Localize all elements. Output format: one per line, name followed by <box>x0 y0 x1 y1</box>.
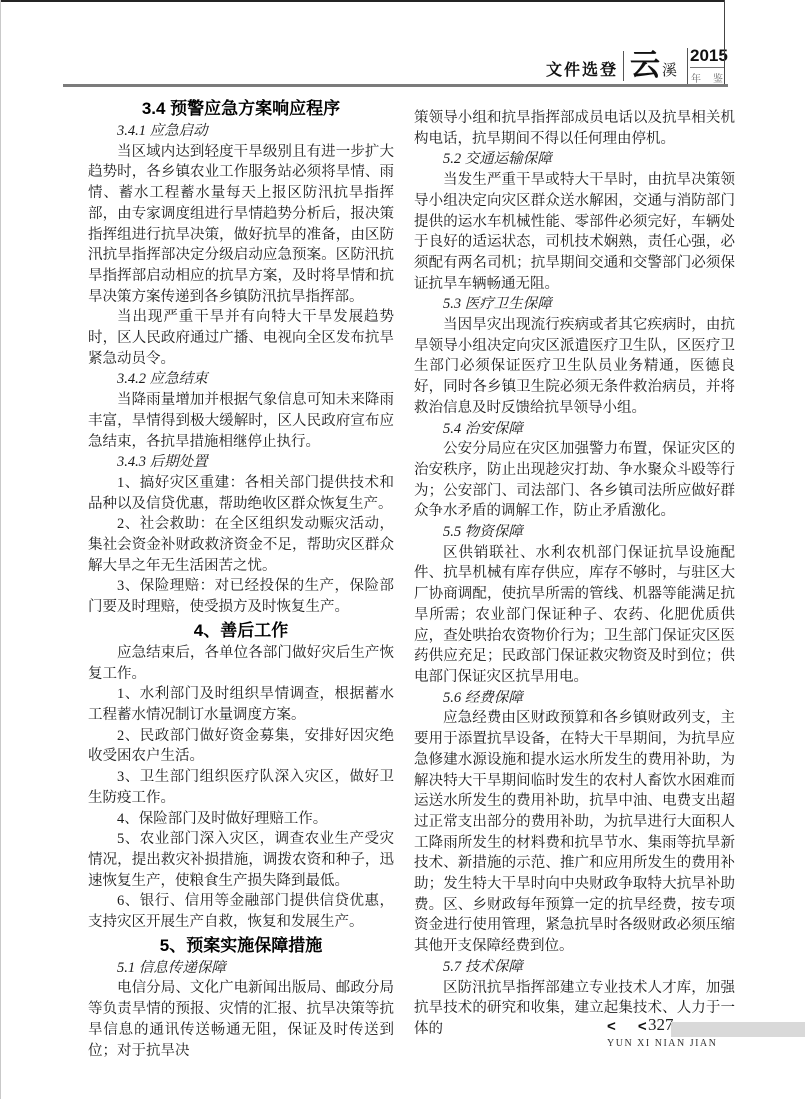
body-paragraph: 当出现严重干旱并有向特大干旱发展趋势时，区人民政府通过广播、电视向全区发布抗旱紧… <box>88 307 394 369</box>
body-paragraph: 当降雨量增加并根据气象信息可知未来降雨丰富，旱情得到极大缓解时，区人民政府宣布应… <box>88 390 394 452</box>
section-heading: 5、预案实施保障措施 <box>88 935 394 957</box>
series-title: YUN XI NIAN JIAN <box>607 1038 717 1049</box>
body-paragraph: 2、民政部门做好资金募集，安排好因灾绝收受困农户生活。 <box>88 726 394 767</box>
body-paragraph: 应急经费由区财政预算和各乡镇财政列支，主要用于添置抗旱设备，在特大干旱期间，为抗… <box>414 708 735 956</box>
sub-heading: 5.5 物资保障 <box>414 522 735 543</box>
footer-accent-bar <box>671 1022 805 1037</box>
body-paragraph: 3、卫生部门组织医疗队深入灾区，做好卫生防疫工作。 <box>88 767 394 808</box>
year-label: 年 鉴 <box>690 67 724 85</box>
header-rule <box>63 84 728 87</box>
body-paragraph: 1、搞好灾区重建：各相关部门提供技术和品种以及信贷优惠，帮助绝收区群众恢复生产。 <box>88 473 394 514</box>
sub-heading: 5.3 医疗卫生保障 <box>414 294 735 315</box>
scan-top-edge <box>0 0 724 2</box>
sub-heading: 5.6 经费保障 <box>414 688 735 709</box>
year-block: 2015 年 鉴 <box>690 46 724 85</box>
brand-char-small: 溪 <box>662 63 677 79</box>
body-paragraph: 1、水利部门及时组织旱情调查，根据蓄水工程蓄水情况制订水量调度方案。 <box>88 684 394 725</box>
body-paragraph: 当区域内达到轻度干旱级别且有进一步扩大趋势时，各乡镇农业工作服务站必须将旱情、雨… <box>88 142 394 308</box>
header-divider-2 <box>687 48 688 84</box>
scan-left-edge <box>0 0 1 1099</box>
right-column: 策领导小组和抗旱指挥部成员电话以及抗旱相关机构电话，抗旱期间不得以任何理由停机。… <box>414 108 735 1040</box>
body-paragraph: 电信分局、文化广电新闻出版局、邮政分局等负责旱情的预报、灾情的汇报、抗旱决策等抗… <box>88 978 394 1061</box>
yearbook-document-page: 文件选登 云溪 2015 年 鉴 3.4 预警应急方案响应程序3.4.1 应急启… <box>0 0 805 1099</box>
sub-heading: 3.4.2 应急结束 <box>88 369 394 390</box>
body-paragraph: 6、银行、信用等金融部门提供信贷优惠，支持灾区开展生产自救，恢复和发展生产。 <box>88 891 394 932</box>
sub-heading: 3.4.1 应急启动 <box>88 121 394 142</box>
body-paragraph: 5、农业部门深入灾区，调查农业生产受灾情况，提出救灾补损措施，调拨农资和种子，迅… <box>88 829 394 891</box>
body-paragraph: 当发生严重干旱或特大干旱时，由抗旱决策领导小组决定向灾区群众送水解困，交通与消防… <box>414 170 735 294</box>
page-number: 327 <box>648 1015 674 1035</box>
year-label-left: 年 <box>691 70 701 85</box>
header-divider-1 <box>623 51 624 81</box>
page-header: 文件选登 云溪 2015 年 鉴 <box>0 38 724 84</box>
sub-heading: 3.4.3 后期处置 <box>88 452 394 473</box>
brand-char-large: 云 <box>630 49 660 82</box>
sub-heading: 5.7 技术保障 <box>414 957 735 978</box>
body-paragraph: 3、保险理赔：对已经投保的生产，保险部门要及时理赔，使受损方及时恢复生产。 <box>88 576 394 617</box>
body-paragraph: 策领导小组和抗旱指挥部成员电话以及抗旱相关机构电话，抗旱期间不得以任何理由停机。 <box>414 108 735 149</box>
body-paragraph: 2、社会救助：在全区组织发动赈灾活动，集社会资金补财政救济资金不足，帮助灾区群众… <box>88 514 394 576</box>
section-heading: 4、善后工作 <box>88 620 394 642</box>
sub-heading: 5.1 信息传递保障 <box>88 958 394 979</box>
year-value: 2015 <box>690 46 724 66</box>
yearbook-brand: 云溪 <box>630 51 677 81</box>
body-paragraph: 当因旱灾出现流行疾病或者其它疾病时，由抗旱领导小组决定向灾区派遣医疗卫生队，区医… <box>414 315 735 419</box>
body-paragraph: 4、保险部门及时做好理赔工作。 <box>88 809 394 830</box>
header-section-label: 文件选登 <box>546 57 618 80</box>
sub-heading: 5.2 交通运输保障 <box>414 149 735 170</box>
year-label-right: 鉴 <box>713 70 723 85</box>
body-paragraph: 公安分局应在灾区加强警力布置，保证灾区的治安秩序，防止出现趁灾打劫、争水聚众斗殴… <box>414 439 735 522</box>
body-paragraph: 区供销联社、水利农机部门保证抗旱设施配件、抗旱机械有库存供应，库存不够时，与驻区… <box>414 543 735 688</box>
header-corner-line <box>724 0 725 85</box>
sub-heading: 5.4 治安保障 <box>414 419 735 440</box>
body-paragraph: 应急结束后，各单位各部门做好灾后生产恢复工作。 <box>88 643 394 684</box>
section-heading: 3.4 预警应急方案响应程序 <box>88 98 394 120</box>
left-column: 3.4 预警应急方案响应程序3.4.1 应急启动当区域内达到轻度干旱级别且有进一… <box>88 96 394 1061</box>
